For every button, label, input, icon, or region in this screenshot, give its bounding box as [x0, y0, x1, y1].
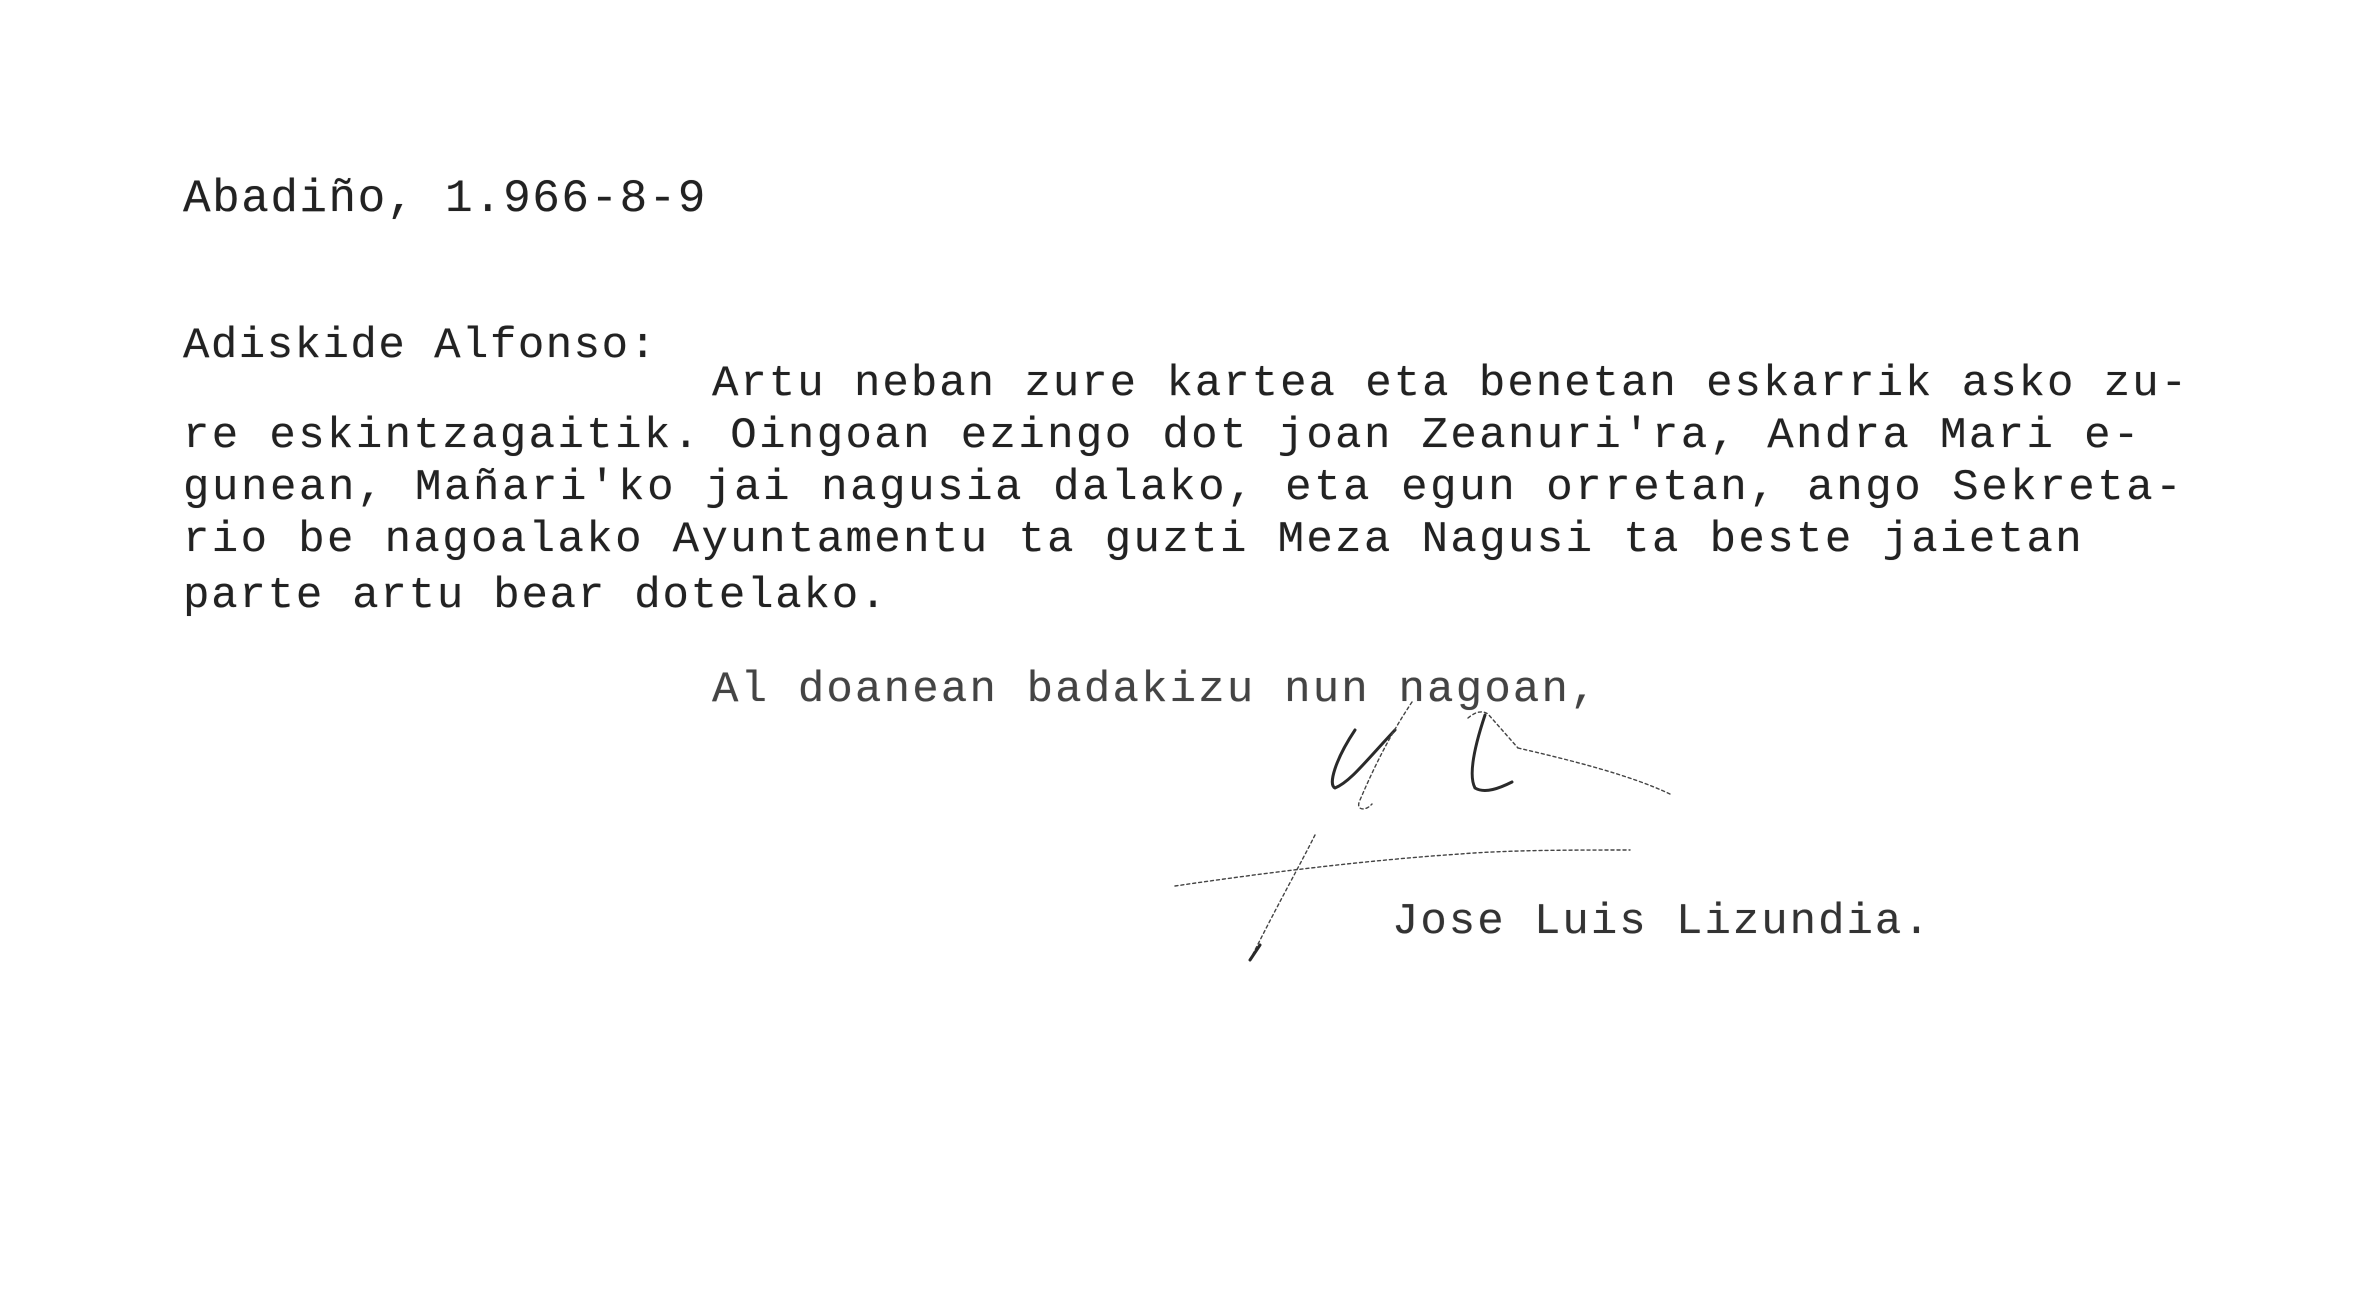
date-line: Abadiño, 1.966-8-9: [183, 175, 707, 223]
body-line-3: gunean, Mañari'ko jai nagusia dalako, et…: [183, 464, 2184, 512]
letter-page: Abadiño, 1.966-8-9 Adiskide Alfonso: Art…: [0, 0, 2376, 1294]
body-line-1: Artu neban zure kartea eta benetan eskar…: [712, 360, 2189, 408]
salutation: Adiskide Alfonso:: [183, 322, 657, 370]
body-line-4: rio be nagoalako Ayuntamentu ta guzti Me…: [183, 516, 2084, 564]
body-line-5: parte artu bear dotelako.: [183, 572, 888, 620]
body-line-2: re eskintzagaitik. Oingoan ezingo dot jo…: [183, 412, 2142, 460]
signer-name: Jose Luis Lizundia.: [1392, 898, 1932, 946]
